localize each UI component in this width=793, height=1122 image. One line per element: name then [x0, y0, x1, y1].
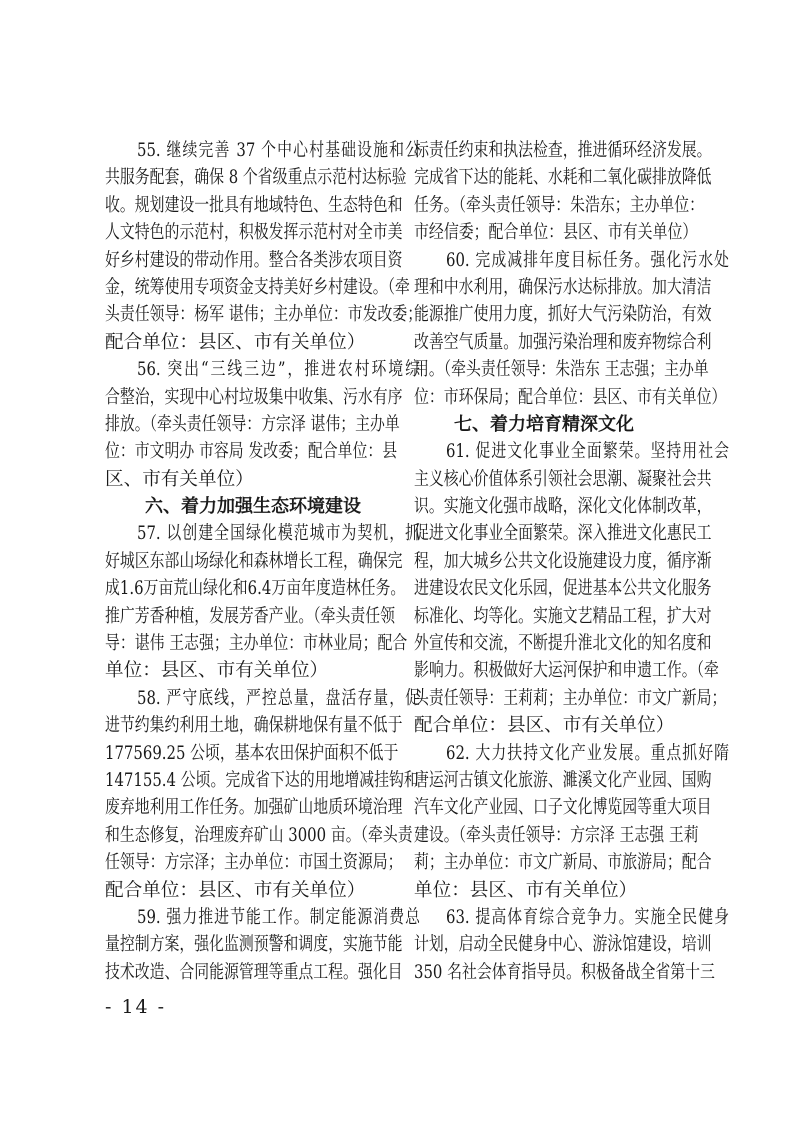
text-line: 计划，启动全民健身中心、游泳馆建设，培训 [414, 931, 697, 958]
text-line: 促进文化事业全面繁荣。深入推进文化惠民工 [414, 520, 697, 547]
text-line: 62. 大力扶持文化产业发展。重点抓好隋 [414, 740, 729, 767]
text-line: 程，加大城乡公共文化设施建设力度，循序渐 [414, 548, 697, 575]
text-line: 能源推广使用力度，抓好大气污染防治，有效 [414, 301, 697, 328]
text-line: 60. 完成减排年度目标任务。强化污水处 [414, 247, 729, 274]
text-line: 147155.4 公顷。完成省下达的用地增减挂钩和 [105, 767, 388, 794]
text-line: 收。规划建设一批具有地域特色、生态特色和 [105, 192, 388, 219]
text-line: 63. 提高体育综合竞争力。实施全民健身 [414, 904, 729, 931]
text-line: 59. 强力推进节能工作。制定能源消费总 [105, 904, 420, 931]
text-line: 唐运河古镇文化旅游、濉溪文化产业园、国购 [414, 767, 697, 794]
text-line: 用。（牵头责任领导：朱浩东 王志强；主办单 [414, 356, 697, 383]
text-line: 55. 继续完善 37 个中心村基础设施和公 [105, 137, 420, 164]
text-line: 量控制方案，强化监测预警和调度，实施节能 [105, 931, 388, 958]
text-line: 任务。（牵头责任领导：朱浩东；主办单位： [414, 192, 697, 219]
text-line: 排放。（牵头责任领导：方宗泽 谌伟；主办单 [105, 411, 388, 438]
right-text-column: 标责任约束和执法检查，推进循环经济发展。完成省下达的能耗、水耗和二氧化碳排放降低… [414, 137, 697, 986]
section-heading: 七、着力培育精深文化 [414, 411, 697, 438]
text-line: 成1.6万亩荒山绿化和6.4万亩年度造林任务。 [105, 575, 388, 602]
text-line: 58. 严守底线，严控总量，盘活存量，促 [105, 685, 420, 712]
text-line: 56. 突出“三线三边”，推进农村环境综 [105, 356, 420, 383]
text-line: 标责任约束和执法检查，推进循环经济发展。 [414, 137, 697, 164]
document-page: 55. 继续完善 37 个中心村基础设施和公共服务配套，确保 8 个省级重点示范… [0, 0, 793, 1122]
text-line: 进建设农民文化乐园，促进基本公共文化服务 [414, 575, 697, 602]
text-line: 完成省下达的能耗、水耗和二氧化碳排放降低 [414, 164, 697, 191]
text-line: 位：市文明办 市容局 发改委；配合单位：县 [105, 438, 388, 465]
text-line: 莉；主办单位：市文广新局、市旅游局；配合 [414, 849, 697, 876]
text-line: 57. 以创建全国绿化模范城市为契机，抓 [105, 520, 420, 547]
text-line: 合整治，实现中心村垃圾集中收集、污水有序 [105, 384, 388, 411]
text-line: 外宣传和交流，不断提升淮北文化的知名度和 [414, 630, 697, 657]
text-line: 单位：县区、市有关单位） [414, 877, 697, 904]
text-line: 配合单位：县区、市有关单位） [414, 712, 697, 739]
text-line: 汽车文化产业园、口子文化博览园等重大项目 [414, 794, 697, 821]
text-line: 区、市有关单位） [105, 466, 388, 493]
text-line: 识。实施文化强市战略，深化文化体制改革， [414, 493, 697, 520]
text-line: 61. 促进文化事业全面繁荣。坚持用社会 [414, 438, 729, 465]
text-line: 建设。（牵头责任领导：方宗泽 王志强 王莉 [414, 822, 697, 849]
text-line: 金，统筹使用专项资金支持美好乡村建设。（牵 [105, 274, 388, 301]
text-line: 和生态修复，治理废弃矿山 3000 亩。（牵头责 [105, 822, 388, 849]
text-line: 技术改造、合同能源管理等重点工程。强化目 [105, 959, 388, 986]
text-line: 主义核心价值体系引领社会思潮、凝聚社会共 [414, 466, 697, 493]
text-line: 350 名社会体育指导员。积极备战全省第十三 [414, 959, 697, 986]
text-line: 好乡村建设的带动作用。整合各类涉农项目资 [105, 247, 388, 274]
text-line: 头责任领导：杨军 谌伟；主办单位：市发改委； [105, 301, 388, 328]
text-line: 人文特色的示范村，积极发挥示范村对全市美 [105, 219, 388, 246]
text-line: 共服务配套，确保 8 个省级重点示范村达标验 [105, 164, 388, 191]
page-number: - 14 - [105, 994, 166, 1020]
text-line: 配合单位：县区、市有关单位） [105, 877, 388, 904]
text-line: 进节约集约利用土地，确保耕地保有量不低于 [105, 712, 388, 739]
text-line: 导：谌伟 王志强；主办单位：市林业局；配合 [105, 630, 388, 657]
text-line: 配合单位：县区、市有关单位） [105, 329, 388, 356]
text-line: 废弃地利用工作任务。加强矿山地质环境治理 [105, 794, 388, 821]
text-line: 头责任领导：王莉莉；主办单位：市文广新局； [414, 685, 697, 712]
left-text-column: 55. 继续完善 37 个中心村基础设施和公共服务配套，确保 8 个省级重点示范… [105, 137, 388, 986]
text-line: 位：市环保局；配合单位：县区、市有关单位） [414, 384, 697, 411]
text-line: 市经信委；配合单位：县区、市有关单位） [414, 219, 697, 246]
text-line: 推广芳香种植，发展芳香产业。（牵头责任领 [105, 603, 388, 630]
text-line: 好城区东部山场绿化和森林增长工程，确保完 [105, 548, 388, 575]
section-heading: 六、着力加强生态环境建设 [105, 493, 388, 520]
text-line: 177569.25 公顷，基本农田保护面积不低于 [105, 740, 388, 767]
text-line: 理和中水利用，确保污水达标排放。加大清洁 [414, 274, 697, 301]
text-line: 改善空气质量。加强污染治理和废弃物综合利 [414, 329, 697, 356]
text-line: 单位：县区、市有关单位） [105, 657, 388, 684]
text-line: 影响力。积极做好大运河保护和申遗工作。（牵 [414, 657, 697, 684]
text-line: 标准化、均等化。实施文艺精品工程，扩大对 [414, 603, 697, 630]
text-line: 任领导：方宗泽；主办单位：市国土资源局； [105, 849, 388, 876]
